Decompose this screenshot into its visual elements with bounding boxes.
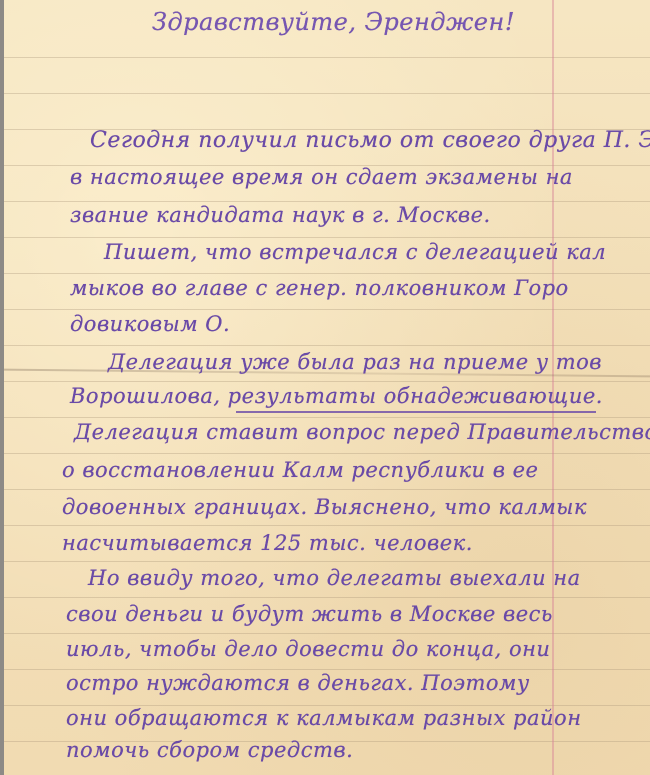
letter-line: Сегодня получил письмо от своего друга П… bbox=[90, 128, 650, 153]
letter-line: Делегация уже была раз на приеме у тов bbox=[108, 350, 602, 374]
letter-line: июль, чтобы дело довести до конца, они bbox=[66, 637, 550, 661]
letter-line: остро нуждаются в деньгах. Поэтому bbox=[66, 671, 530, 695]
letter-line: в настоящее время он сдает экзамены на bbox=[70, 165, 573, 189]
letter-line: довоенных границах. Выяснено, что калмык bbox=[62, 495, 587, 519]
letter-line: звание кандидата наук в г. Москве. bbox=[70, 203, 491, 227]
letter-line: Делегация ставит вопрос перед Правительс… bbox=[74, 420, 650, 444]
underline bbox=[236, 411, 596, 413]
letter-line: Пишет, что встречался с делегацией кал bbox=[104, 240, 606, 264]
letter-line: мыков во главе с генер. полковником Горо bbox=[70, 276, 569, 300]
letter-line: помочь сбором средств. bbox=[66, 738, 353, 762]
letter-line: Но ввиду того, что делегаты выехали на bbox=[88, 566, 581, 590]
letter-line: довиковым О. bbox=[70, 312, 230, 336]
letter-line: Ворошилова, результаты обнадеживающие. bbox=[70, 384, 603, 408]
letter-line: свои деньги и будут жить в Москве весь bbox=[66, 602, 553, 626]
letter-line: о восстановлении Калм республики в ее bbox=[62, 458, 538, 482]
letter-greeting: Здравствуйте, Эренджен! bbox=[152, 8, 515, 36]
letter-page: Здравствуйте, Эренджен! Сегодня получил … bbox=[0, 0, 650, 775]
letter-line: они обращаются к калмыкам разных район bbox=[66, 706, 582, 730]
letter-line: насчитывается 125 тыс. человек. bbox=[62, 531, 473, 555]
